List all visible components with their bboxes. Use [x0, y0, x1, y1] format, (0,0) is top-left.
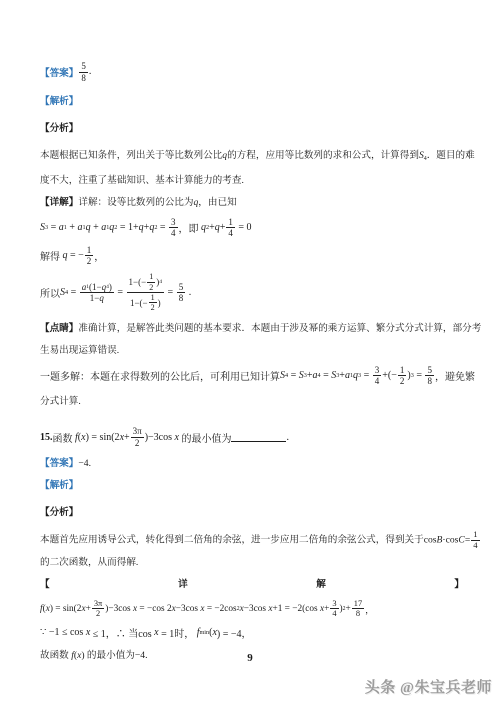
spread-bracket-open: 【 [40, 575, 50, 595]
q15-answer-row: 【答案】−4. [40, 454, 464, 474]
q14-alt-solution-line1: 一题多解：本题在求得数列的公比后，可利用已知计算S4 = S3+a4 = S3+… [40, 365, 464, 387]
q14-alt-solution-line2: 分式计算. [40, 392, 464, 412]
page-number: 9 [0, 652, 500, 664]
q14-jiexi-label: 【解析】 [40, 96, 78, 107]
q15-detail-spread: 【 详 解 】 [40, 575, 464, 595]
q14-fenxi-row: 【分析】 [40, 119, 464, 139]
q15-answer-label: 【答案】 [40, 458, 78, 469]
q14-dianjing-label: 【点睛】 [40, 323, 78, 334]
q14-detail-intro-text: 详解：设等比数列的公比为q，由已知 [78, 197, 236, 208]
spread-char-xiang: 详 [178, 575, 188, 595]
q14-detail-intro: 【详解】详解：设等比数列的公比为q，由已知 [40, 193, 464, 213]
q14-dianjing-line2: 生易出现运算错误. [40, 341, 464, 361]
q15-fenxi-label: 【分析】 [40, 507, 78, 518]
q15-answer-value: −4. [78, 458, 91, 469]
q14-xiangjie-label: 【详解】 [40, 197, 78, 208]
q15-analysis-line2: 的二次函数，从而得解. [40, 553, 464, 573]
q14-jiexi-row: 【解析】 [40, 92, 464, 112]
q15-jiexi-label: 【解析】 [40, 480, 78, 491]
q14-formula-q: 解得 q = −12， [40, 245, 464, 267]
q14-fenxi-label: 【分析】 [40, 123, 78, 134]
q14-answer-value: 58. [78, 61, 91, 83]
q14-formula-s4: 所以S4 = a1(1−q4)1−q = 1−(−12)41−(−12) = 5… [40, 272, 464, 312]
watermark: 头条 @朱宝兵老师 [365, 676, 492, 697]
q15-analysis-line1: 本题首先应用诱导公式，转化得到二倍角的余弦，进一步应用二倍角的余弦公式，得到关于… [40, 530, 464, 551]
q14-formula-s3: S3 = a1 + a1q + a1q2 = 1+q+q2 = 34，即 q2+… [40, 217, 464, 239]
q15-fenxi-row: 【分析】 [40, 503, 464, 523]
q15-formula-fx: f(x) = sin(2x+3π2)−3cos x = −cos 2x−3cos… [40, 599, 464, 619]
q14-answer-row: 【答案】 58. [40, 58, 464, 86]
q14-analysis-line1: 本题根据已知条件，列出关于等比数列公比q的方程，应用等比数列的求和公式，计算得到… [40, 146, 464, 169]
spread-bracket-close: 】 [454, 575, 464, 595]
q15-range-line: ∵ −1 ≤ cos x ≤ 1，∴ 当cos x = 1时， fmin(x) … [40, 625, 464, 640]
q14-dianjing-text: 准确计算，是解答此类问题的基本要求．本题由于涉及幂的乘方运算、繁分式分式计算，部… [78, 323, 481, 334]
spread-char-jie: 解 [316, 575, 326, 595]
q14-dianjing-line1: 【点睛】准确计算，是解答此类问题的基本要求．本题由于涉及幂的乘方运算、繁分式分式… [40, 319, 464, 339]
q15-question: 15.函数 f(x) = sin(2x+3π2)−3cos x 的最小值为. [40, 426, 464, 448]
q15-jiexi-row: 【解析】 [40, 476, 464, 496]
q14-analysis-line2: 度不大，注重了基础知识、基本计算能力的考查. [40, 171, 464, 191]
q14-answer-label: 【答案】 [40, 65, 78, 79]
document-page: 【答案】 58. 【解析】 【分析】 本题根据已知条件，列出关于等比数列公比q的… [0, 0, 500, 707]
